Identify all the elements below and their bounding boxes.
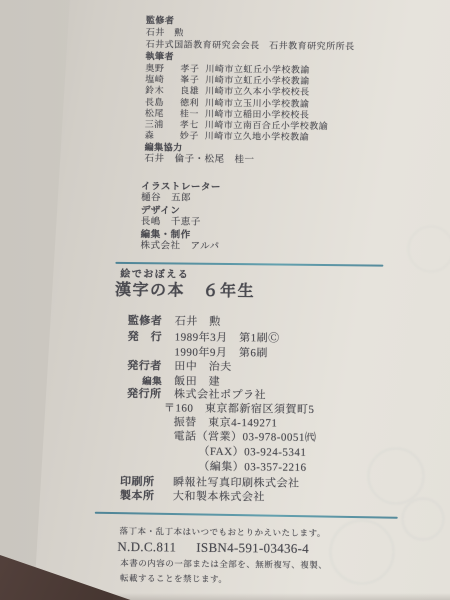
author-title: 川崎市立虹丘小学校教諭 [205, 75, 310, 86]
colophon-tel-edit: （編集）03-357-2216 [198, 462, 306, 474]
divider-rule-top [115, 262, 383, 267]
designer-name: 長嶋 千恵子 [141, 218, 201, 228]
page-bottom-shadow [113, 593, 450, 600]
supervisor-name: 石井 勲 [146, 28, 184, 37]
footer-copy-notice-2: 転載することを禁じます。 [120, 574, 227, 584]
cooperation-names: 石井 倫子・松尾 桂一 [144, 155, 254, 166]
cooperation-label: 編集協力 [145, 143, 183, 152]
supervisor-titles: 石井式国語教育研究会会長 石井教育研究所所長 [146, 40, 355, 51]
illustrator-label: イラストレーター [141, 182, 221, 192]
illustrator-name: 樋谷 五郎 [141, 194, 191, 204]
colophon-issue-row: 発 行1989年3月 第1刷Ⓒ [128, 332, 280, 345]
design-label: デザイン [141, 206, 180, 216]
author-givenname: 桂一 [180, 110, 205, 119]
author-title: 川崎市立久本小学校校長 [205, 86, 310, 97]
author-givenname: 良雄 [180, 87, 205, 96]
author-givenname: 徳利 [180, 99, 205, 108]
footer-codes: N.D.C.811ISBN4-591-03436-4 [117, 540, 309, 555]
colophon-editor-name: 飯田 建 [174, 375, 220, 387]
author-givenname: 孝七 [180, 121, 205, 130]
colophon-office-row: 発行所株式会社ポプラ社 [127, 389, 266, 401]
author-title: 川崎市立南百合丘小学校教諭 [205, 120, 329, 131]
author-surname: 奥野 [145, 64, 180, 73]
colophon-issue-label: 発 行 [128, 332, 175, 343]
footer-return-notice: 落丁本・乱丁本はいつでもおとりかえいたします。 [120, 527, 326, 538]
supervisor-label: 監修者 [146, 16, 175, 25]
colophon-address: 〒160 東京都新宿区須賀町5 [164, 403, 315, 416]
colophon-office-name: 株式会社ポプラ社 [174, 388, 266, 401]
colophon-printer-label: 印刷所 [120, 477, 173, 489]
colophon-editor-row: 編集飯田 建 [142, 376, 220, 388]
colophon-supervisor-row: 監修者石井 勲 [128, 316, 221, 328]
footer-copy-notice-1: 本書の内容の一部または全部を、無断複写、複製、 [120, 559, 327, 570]
colophon-tel-sales: 電話（営業）03-978-0051㈹ [174, 431, 317, 443]
book-colophon-page-photo: 監修者 石井 勲 石井式国語教育研究会会長 石井教育研究所所長 執筆者 奥野孝子… [0, 0, 450, 600]
author-row: 塩崎峯子川崎市立虹丘小学校教諭 [145, 75, 310, 86]
author-givenname: 峯子 [180, 76, 205, 85]
production-label: 編集・制作 [141, 230, 191, 240]
colophon-editor-label: 編集 [142, 377, 174, 387]
book-title: 漢字の本 ６年生 [115, 283, 255, 300]
colophon-publisher-name: 田中 治夫 [174, 360, 232, 373]
colophon-printer-row: 印刷所瞬報社写真印刷株式会社 [120, 477, 300, 490]
book-series: 絵でおぼえる [120, 270, 189, 281]
author-surname: 松尾 [145, 109, 180, 118]
colophon-publisher-label: 発行者 [127, 361, 174, 372]
divider-rule-bottom [95, 512, 398, 519]
author-row: 松尾桂一川崎市立稲田小学校校長 [145, 109, 310, 120]
ndc-code: N.D.C.811 [117, 539, 176, 555]
colophon-postal-transfer: 振替 東京4-149271 [174, 417, 278, 429]
colophon-supervisor-name: 石井 勲 [175, 315, 221, 327]
author-title: 川崎市立久地小学校教諭 [205, 131, 310, 142]
author-title: 川崎市立虹丘小学校教諭 [205, 64, 310, 75]
author-surname: 塩崎 [145, 75, 180, 84]
author-surname: 森 [145, 131, 180, 140]
author-surname: 長島 [145, 98, 180, 107]
author-row: 鈴木良雄川崎市立久本小学校校長 [145, 86, 310, 97]
author-surname: 鈴木 [145, 86, 180, 95]
author-row: 長島徳利川崎市立玉川小学校教諭 [145, 98, 310, 109]
production-name: 株式会社 アルパ [141, 242, 220, 252]
author-title: 川崎市立玉川小学校教諭 [205, 98, 310, 109]
author-givenname: 妙子 [180, 132, 205, 141]
colophon-publisher-row: 発行者田中 治夫 [127, 361, 232, 373]
colophon-office-label: 発行所 [127, 389, 174, 400]
author-surname: 三浦 [145, 120, 180, 129]
colophon-issue-line1: 1989年3月 第1刷Ⓒ [175, 331, 280, 344]
colophon-tel-fax: （FAX）03-924-5341 [198, 447, 306, 459]
author-row: 森妙子川崎市立久地小学校教諭 [145, 131, 310, 142]
isbn-code: ISBN4-591-03436-4 [196, 540, 309, 556]
colophon-supervisor-label: 監修者 [128, 316, 175, 327]
author-row: 奥野孝子川崎市立虹丘小学校教諭 [145, 64, 310, 75]
author-row: 三浦孝七川崎市立南百合丘小学校教諭 [145, 120, 329, 131]
author-givenname: 孝子 [180, 65, 205, 74]
colophon-issue-line2: 1990年9月 第6刷 [174, 347, 268, 359]
authors-label: 執筆者 [145, 52, 174, 61]
colophon-binder-row: 製本所大和製本株式会社 [120, 491, 265, 504]
colophon-binder-label: 製本所 [120, 491, 173, 503]
colophon-printer-name: 瞬報社写真印刷株式会社 [173, 476, 300, 489]
colophon-binder-name: 大和製本株式会社 [173, 490, 265, 503]
colophon-content: 監修者 石井 勲 石井式国語教育研究会会長 石井教育研究所所長 執筆者 奥野孝子… [0, 0, 450, 600]
author-title: 川崎市立稲田小学校校長 [205, 109, 310, 120]
